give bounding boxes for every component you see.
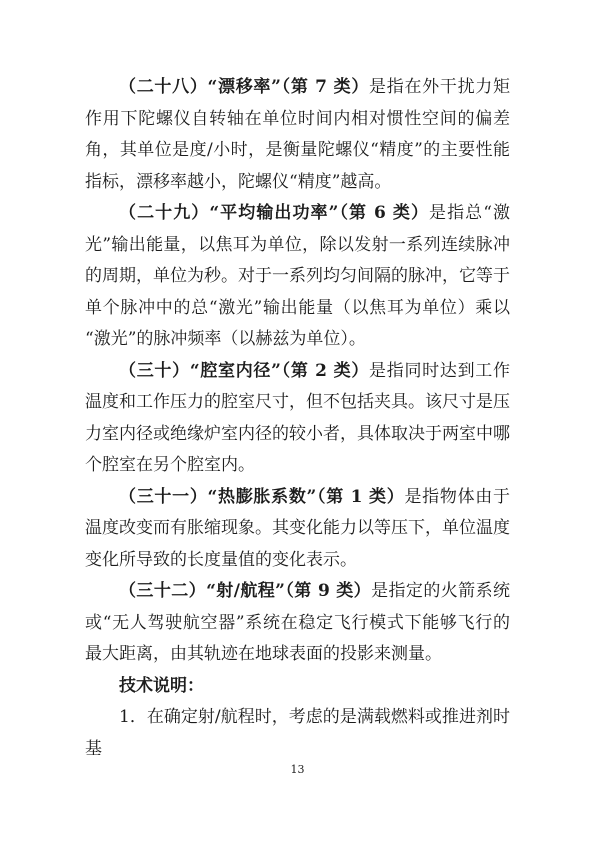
technical-notes-heading-text: 技术说明： [119, 676, 204, 696]
definition-paragraph-32: （三十二）“射/航程”（第 9 类）是指定的火箭系统或“无人驾驶航空器”系统在稳… [85, 576, 510, 671]
term-heading-32: （三十二）“射/航程”（第 9 类） [119, 581, 371, 601]
definition-paragraph-30: （三十）“腔室内径”（第 2 类）是指同时达到工作温度和工作压力的腔室尺寸，但不… [85, 356, 510, 482]
page-number: 13 [0, 763, 595, 776]
document-body: （二十八）“漂移率”（第 7 类）是指在外干扰力矩作用下陀螺仪自转轴在单位时间内… [85, 72, 510, 765]
technical-note-item-1: 1．在确定射/航程时，考虑的是满载燃料或推进剂时基 [85, 702, 510, 765]
term-heading-31: （三十一）“热膨胀系数”（第 1 类） [119, 487, 404, 507]
definition-text-29: 是指总“激光”输出能量，以焦耳为单位，除以发射一系列连续脉冲的周期，单位为秒。对… [85, 203, 510, 349]
term-heading-28: （二十八）“漂移率”（第 7 类） [119, 77, 369, 97]
term-heading-30: （三十）“腔室内径”（第 2 类） [119, 361, 369, 381]
document-page: （二十八）“漂移率”（第 7 类）是指在外干扰力矩作用下陀螺仪自转轴在单位时间内… [0, 0, 595, 841]
definition-paragraph-28: （二十八）“漂移率”（第 7 类）是指在外干扰力矩作用下陀螺仪自转轴在单位时间内… [85, 72, 510, 198]
technical-notes-heading: 技术说明： [85, 671, 510, 703]
term-heading-29: （二十九）“平均输出功率”（第 6 类） [119, 203, 429, 223]
definition-paragraph-31: （三十一）“热膨胀系数”（第 1 类）是指物体由于温度改变而有胀缩现象。其变化能… [85, 482, 510, 577]
definition-paragraph-29: （二十九）“平均输出功率”（第 6 类）是指总“激光”输出能量，以焦耳为单位，除… [85, 198, 510, 356]
